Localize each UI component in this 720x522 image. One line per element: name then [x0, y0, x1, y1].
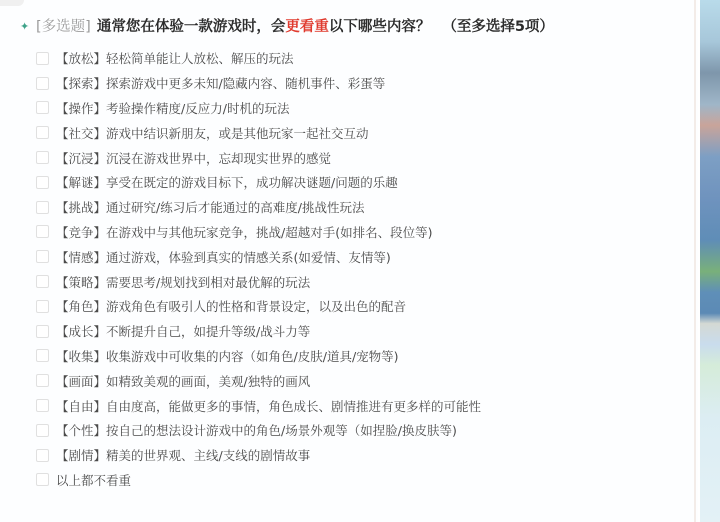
checkbox[interactable] [36, 349, 49, 362]
option-tag: 【沉浸】 [56, 149, 106, 167]
option-tag: 【社交】 [56, 124, 106, 142]
option-emotion[interactable]: 【情感】通过游戏，体验到真实的情感关系(如爱情、友情等) [36, 244, 676, 269]
option-tag: 【操作】 [56, 99, 106, 117]
option-desc: 游戏角色有吸引人的性格和背景设定，以及出色的配音 [106, 297, 406, 315]
checkbox[interactable] [36, 473, 49, 486]
option-desc: 在游戏中与其他玩家竞争，挑战/超越对手(如排名、段位等) [106, 223, 432, 241]
option-competition[interactable]: 【竞争】在游戏中与其他玩家竞争，挑战/超越对手(如排名、段位等) [36, 220, 676, 245]
option-desc: 需要思考/规划找到相对最优解的玩法 [106, 273, 310, 291]
option-explore[interactable]: 【探索】探索游戏中更多未知/隐藏内容、随机事件、彩蛋等 [36, 71, 676, 96]
top-corner-decoration [0, 0, 24, 6]
option-desc: 精美的世界观、主线/支线的剧情故事 [106, 446, 310, 464]
checkbox[interactable] [36, 151, 49, 164]
option-none[interactable]: 以上都不看重 [36, 468, 676, 493]
option-immersion[interactable]: 【沉浸】沉浸在游戏世界中，忘却现实世界的感觉 [36, 145, 676, 170]
option-tag: 【竞争】 [56, 223, 106, 241]
question-type-label: [多选题] [36, 16, 91, 38]
option-growth[interactable]: 【成长】不断提升自己，如提升等级/战斗力等 [36, 319, 676, 344]
option-social[interactable]: 【社交】游戏中结识新朋友，或是其他玩家一起社交互动 [36, 120, 676, 145]
checkbox[interactable] [36, 374, 49, 387]
option-tag: 【情感】 [56, 248, 106, 266]
option-character[interactable]: 【角色】游戏角色有吸引人的性格和背景设定，以及出色的配音 [36, 294, 676, 319]
option-desc: 轻松简单能让人放松、解压的玩法 [106, 49, 294, 67]
option-desc: 自由度高，能做更多的事情，角色成长、剧情推进有更多样的可能性 [106, 397, 481, 415]
option-operation[interactable]: 【操作】考验操作精度/反应力/时机的玩法 [36, 96, 676, 121]
checkbox[interactable] [36, 325, 49, 338]
checkbox[interactable] [36, 176, 49, 189]
option-tag: 【放松】 [56, 49, 106, 67]
question-limit-note: （至多选择5项） [442, 16, 554, 38]
option-tag: 【自由】 [56, 397, 106, 415]
option-tag: 【剧情】 [56, 446, 106, 464]
option-desc: 按自己的想法设计游戏中的角色/场景外观等（如捏脸/换皮肤等) [106, 421, 457, 439]
option-tag: 【策略】 [56, 273, 106, 291]
option-tag: 【个性】 [56, 421, 106, 439]
option-personalization[interactable]: 【个性】按自己的想法设计游戏中的角色/场景外观等（如捏脸/换皮肤等) [36, 418, 676, 443]
background-game-artwork [700, 0, 720, 522]
option-freedom[interactable]: 【自由】自由度高，能做更多的事情，角色成长、剧情推进有更多样的可能性 [36, 393, 676, 418]
option-tag: 【挑战】 [56, 198, 106, 216]
question-text-after: 以下哪些内容？ [329, 16, 431, 38]
option-visuals[interactable]: 【画面】如精致美观的画面，美观/独特的画风 [36, 368, 676, 393]
question-header: ✦ [多选题] 通常您在体验一款游戏时，会 更看重 以下哪些内容？ （至多选择5… [20, 16, 680, 38]
checkbox[interactable] [36, 449, 49, 462]
option-desc: 通过研究/练习后才能通过的高难度/挑战性玩法 [106, 198, 364, 216]
option-collection[interactable]: 【收集】收集游戏中可收集的内容（如角色/皮肤/道具/宠物等) [36, 344, 676, 369]
option-tag: 【探索】 [56, 74, 106, 92]
checkbox[interactable] [36, 101, 49, 114]
option-desc: 沉浸在游戏世界中，忘却现实世界的感觉 [106, 149, 331, 167]
option-tag: 【画面】 [56, 372, 106, 390]
checkbox[interactable] [36, 399, 49, 412]
option-desc: 探索游戏中更多未知/隐藏内容、随机事件、彩蛋等 [106, 74, 385, 92]
survey-page: ✦ [多选题] 通常您在体验一款游戏时，会 更看重 以下哪些内容？ （至多选择5… [0, 0, 698, 522]
option-strategy[interactable]: 【策略】需要思考/规划找到相对最优解的玩法 [36, 269, 676, 294]
checkbox[interactable] [36, 201, 49, 214]
checkbox[interactable] [36, 126, 49, 139]
options-list: 【放松】轻松简单能让人放松、解压的玩法 【探索】探索游戏中更多未知/隐藏内容、随… [36, 46, 676, 492]
option-tag: 【角色】 [56, 297, 106, 315]
option-desc: 如精致美观的画面，美观/独特的画风 [106, 372, 310, 390]
option-relax[interactable]: 【放松】轻松简单能让人放松、解压的玩法 [36, 46, 676, 71]
option-tag: 【成长】 [56, 322, 106, 340]
option-desc: 考验操作精度/反应力/时机的玩法 [106, 99, 289, 117]
option-desc: 收集游戏中可收集的内容（如角色/皮肤/道具/宠物等) [106, 347, 399, 365]
option-desc: 通过游戏，体验到真实的情感关系(如爱情、友情等) [106, 248, 391, 266]
option-story[interactable]: 【剧情】精美的世界观、主线/支线的剧情故事 [36, 443, 676, 468]
option-desc: 享受在既定的游戏目标下，成功解决谜题/问题的乐趣 [106, 173, 398, 191]
option-challenge[interactable]: 【挑战】通过研究/练习后才能通过的高难度/挑战性玩法 [36, 195, 676, 220]
question-text-emphasis: 更看重 [285, 16, 329, 38]
checkbox[interactable] [36, 225, 49, 238]
option-desc: 游戏中结识新朋友，或是其他玩家一起社交互动 [106, 124, 369, 142]
checkbox[interactable] [36, 250, 49, 263]
checkbox[interactable] [36, 275, 49, 288]
checkbox[interactable] [36, 52, 49, 65]
question-text-before: 通常您在体验一款游戏时，会 [97, 16, 286, 38]
checkbox[interactable] [36, 424, 49, 437]
checkbox[interactable] [36, 300, 49, 313]
option-tag: 【收集】 [56, 347, 106, 365]
option-tag: 【解谜】 [56, 173, 106, 191]
page-edge-divider [694, 0, 696, 522]
option-puzzle[interactable]: 【解谜】享受在既定的游戏目标下，成功解决谜题/问题的乐趣 [36, 170, 676, 195]
sparkle-star-icon: ✦ [20, 22, 30, 32]
option-desc: 不断提升自己，如提升等级/战斗力等 [106, 322, 310, 340]
option-desc: 以上都不看重 [56, 471, 131, 489]
checkbox[interactable] [36, 77, 49, 90]
